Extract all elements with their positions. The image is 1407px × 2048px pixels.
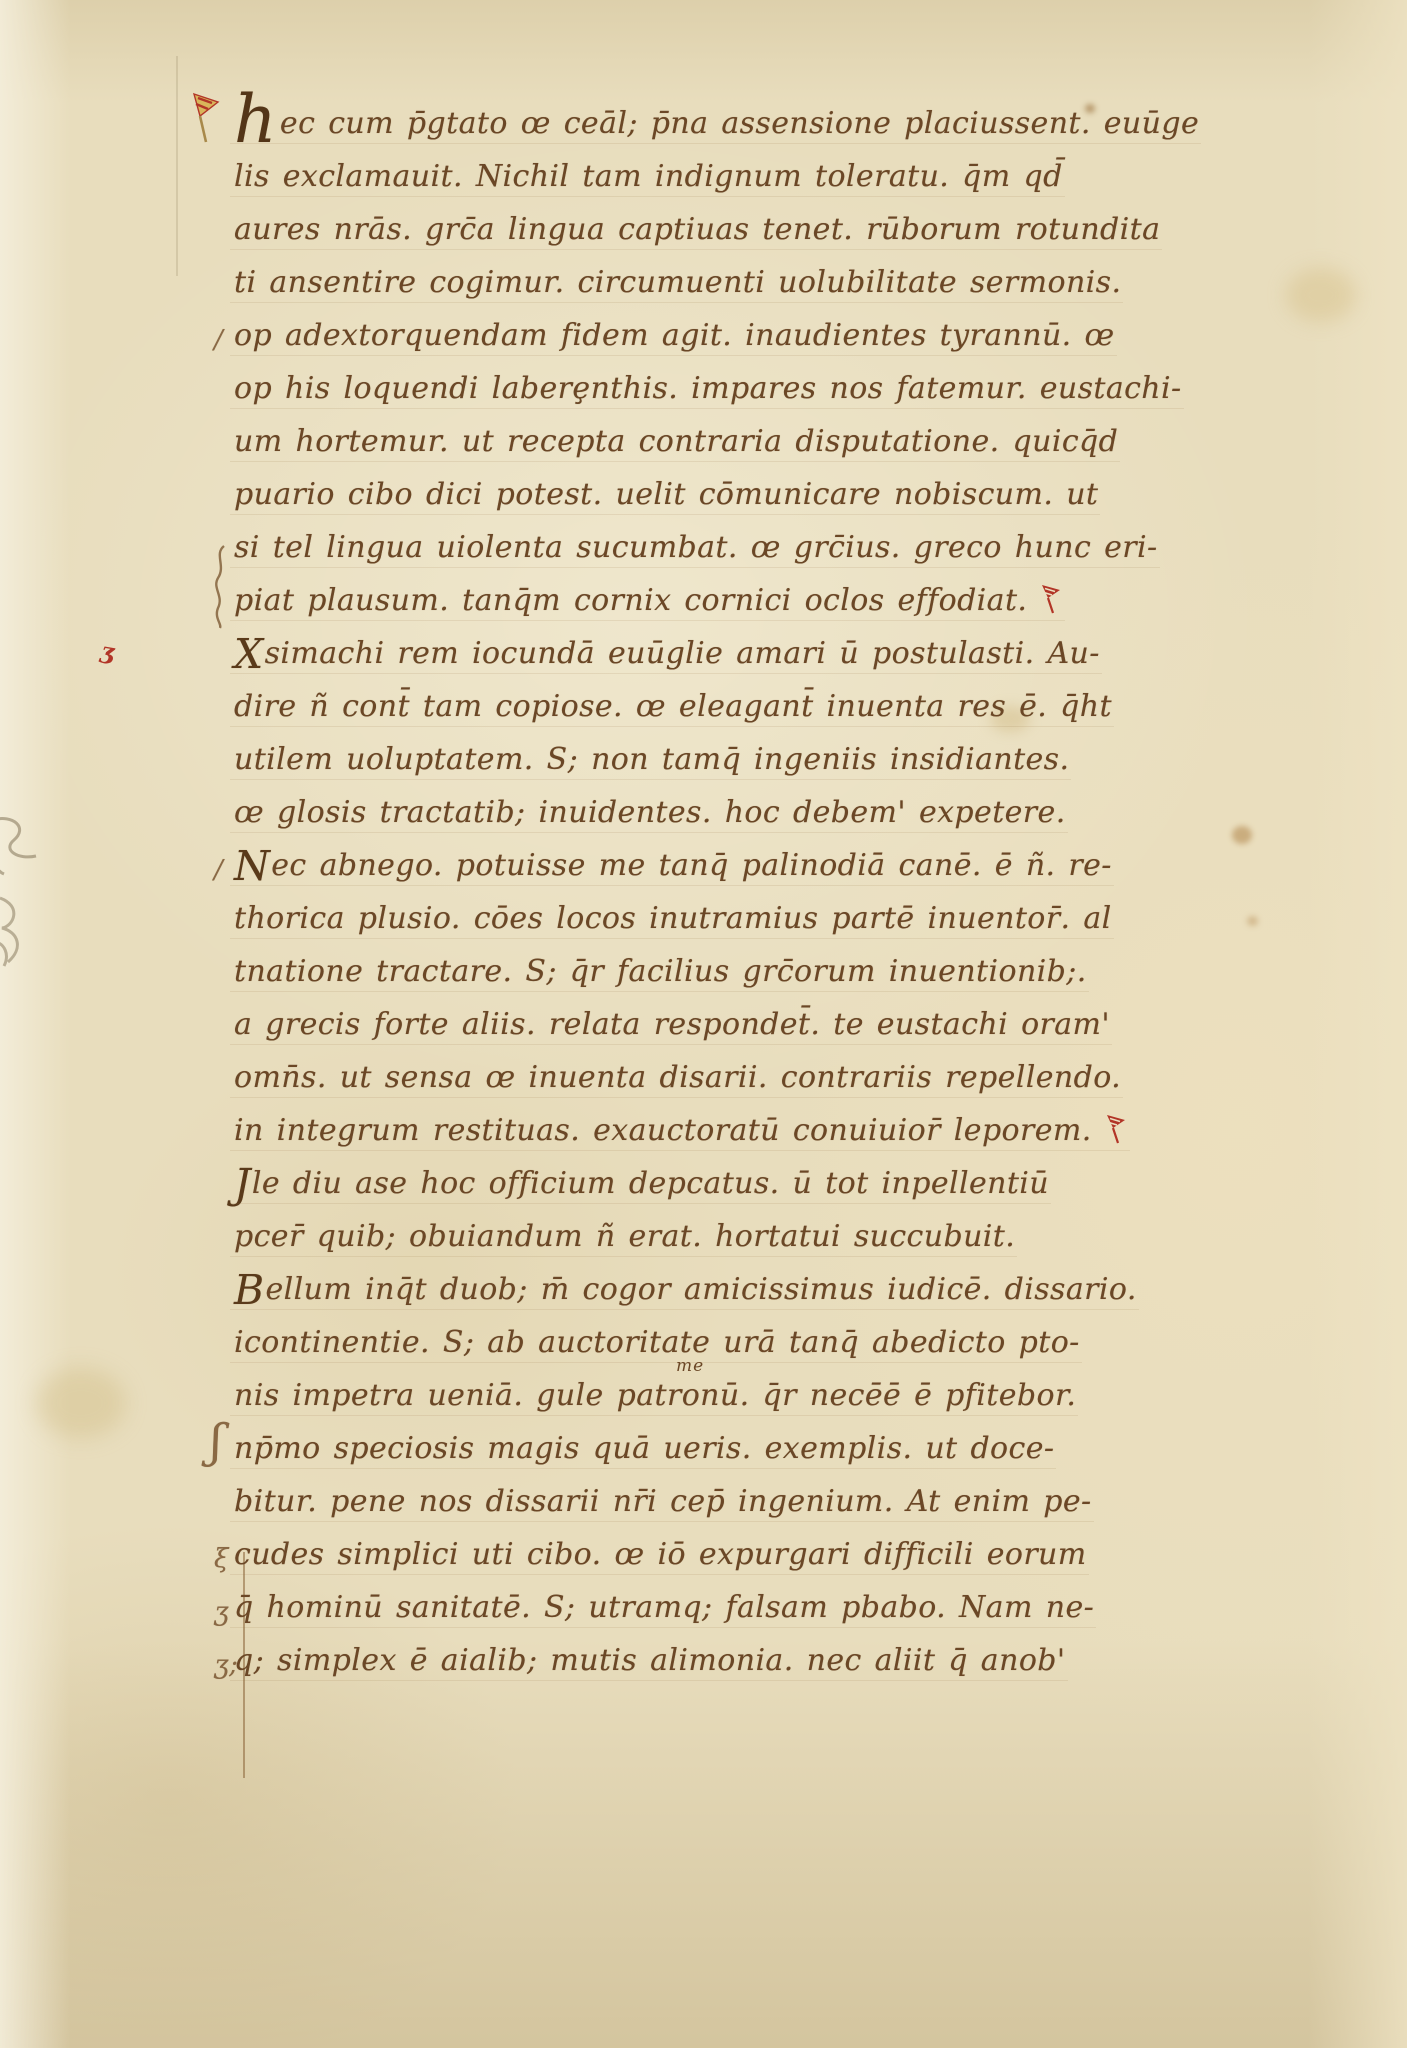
text-line: Bellum inq̄t duob; m̄ cogor amicissimus … [234, 1270, 1137, 1323]
line-text: icontinentie. S; ab auctoritate urā tanq… [234, 1325, 1080, 1360]
text-line: op his loquendi laberȩnthis. impares nos… [234, 369, 1182, 422]
line-text: tnatione tractare. S; q̄r facilius grc̄o… [234, 954, 1087, 989]
enlarged-initial: X [234, 630, 264, 678]
line-text: ti ansentire cogimur. circumuenti uolubi… [234, 265, 1121, 300]
decorated-initial: h [234, 81, 277, 158]
text-line: ξcudes simplici uti cibo. œ iō expurgari… [234, 1535, 1087, 1588]
text-line: nis impetra ueniā. gule patronū. q̄r nec… [234, 1376, 1076, 1429]
text-line: Jle diu ase hoc officium depcatus. ū tot… [234, 1164, 1049, 1217]
enlarged-initial: J [234, 1160, 251, 1208]
line-text: op adextorquendam fidem agit. inaudiente… [234, 318, 1115, 353]
text-line: puario cibo dici potest. uelit cōmunicar… [234, 475, 1098, 528]
line-text: ec abnego. potuisse me tanq̄ palinodiā c… [271, 848, 1112, 883]
text-line: hec cum p̄gtato œ ceāl; p̄na assensione … [234, 104, 1199, 157]
line-text: pcer̄ quib; obuiandum ñ erat. hortatui s… [234, 1219, 1015, 1254]
margin-mark: ʒ; [214, 1645, 238, 1685]
ruling-line-top [176, 56, 178, 276]
text-line: pcer̄ quib; obuiandum ñ erat. hortatui s… [234, 1217, 1015, 1270]
line-text: um hortemur. ut recepta contraria disput… [234, 424, 1118, 459]
text-line: ti ansentire cogimur. circumuenti uolubi… [234, 263, 1121, 316]
line-text: aures nrās. grc̄a lingua captiuas tenet.… [234, 212, 1160, 247]
text-line: um hortemur. ut recepta contraria disput… [234, 422, 1118, 475]
text-line: aures nrās. grc̄a lingua captiuas tenet.… [234, 210, 1160, 263]
line-text: utilem uoluptatem. S; non tamq̄ ingeniis… [234, 742, 1069, 777]
line-text: thorica plusio. cōes locos inutramius pa… [234, 901, 1112, 936]
line-text: simachi rem iocundā euūglie amari ū post… [265, 636, 1100, 671]
line-text: bitur. pene nos dissarii nr̄i cep̄ ingen… [234, 1484, 1092, 1519]
margin-mark-red: ʒ [99, 637, 117, 666]
text-line: /op adextorquendam fidem agit. inaudient… [234, 316, 1115, 369]
line-text: puario cibo dici potest. uelit cōmunicar… [234, 477, 1098, 512]
manuscript-page: ʒ me hec cum p̄gtato œ ceāl; p̄na assens… [0, 0, 1407, 2048]
line-text: dire ñ cont̄ tam copiose. œ eleagant̄ in… [234, 689, 1112, 724]
paragraph-mark-icon [1039, 583, 1063, 626]
line-text: piat plausum. tanq̄m cornix cornici oclo… [234, 583, 1027, 618]
text-line: a grecis forte aliis. relata respondet̄.… [234, 1005, 1110, 1058]
enlarged-initial: B [234, 1266, 265, 1314]
line-text: œ glosis tractatib; inuidentes. hoc debe… [234, 795, 1066, 830]
parchment-stain [36, 1368, 126, 1438]
edge-scribble-icon [0, 812, 54, 886]
line-text: q; simplex ē aialib; mutis alimonia. nec… [234, 1643, 1066, 1678]
line-text: omn̄s. ut sensa œ inuenta disarii. contr… [234, 1060, 1121, 1095]
text-line: omn̄s. ut sensa œ inuenta disarii. contr… [234, 1058, 1121, 1111]
text-line: si tel lingua uiolenta sucumbat. œ grc̄i… [234, 528, 1158, 581]
line-text: op his loquendi laberȩnthis. impares nos… [234, 371, 1182, 406]
text-line: dire ñ cont̄ tam copiose. œ eleagant̄ in… [234, 687, 1112, 740]
line-text: q̄ hominū sanitatē. S; utramq; falsam pb… [234, 1590, 1094, 1625]
line-text: cudes simplici uti cibo. œ iō expurgari … [234, 1537, 1087, 1572]
line-text: ellum inq̄t duob; m̄ cogor amicissimus i… [266, 1272, 1137, 1307]
text-line: ʃnp̄mo speciosis magis quā ueris. exempl… [234, 1429, 1054, 1482]
line-text: ec cum p̄gtato œ ceāl; p̄na assensione p… [280, 106, 1199, 141]
text-line: ʒq̄ hominū sanitatē. S; utramq; falsam p… [234, 1588, 1094, 1641]
line-text: in integrum restituas. exauctoratū conui… [234, 1113, 1092, 1148]
paragraph-mark-icon [1104, 1113, 1128, 1156]
margin-mark: ʒ [214, 1592, 229, 1632]
text-line: piat plausum. tanq̄m cornix cornici oclo… [234, 581, 1063, 634]
text-line: thorica plusio. cōes locos inutramius pa… [234, 899, 1112, 952]
foxing-spot [1232, 826, 1252, 844]
line-text: nis impetra ueniā. gule patronū. q̄r nec… [234, 1378, 1076, 1413]
text-line: in integrum restituas. exauctoratū conui… [234, 1111, 1128, 1164]
line-text: si tel lingua uiolenta sucumbat. œ grc̄i… [234, 530, 1158, 565]
text-line: /Nec abnego. potuisse me tanq̄ palinodiā… [234, 846, 1112, 899]
text-line: œ glosis tractatib; inuidentes. hoc debe… [234, 793, 1066, 846]
text-line: tnatione tractare. S; q̄r facilius grc̄o… [234, 952, 1087, 1005]
edge-scribble-icon [0, 892, 54, 976]
parchment-stain [1286, 268, 1356, 322]
margin-brace-icon [210, 544, 230, 634]
foxing-spot [1247, 916, 1258, 926]
text-line: lis exclamauit. Nichil tam indignum tole… [234, 157, 1063, 210]
line-text: a grecis forte aliis. relata respondet̄.… [234, 1007, 1110, 1042]
text-line: utilem uoluptatem. S; non tamq̄ ingeniis… [234, 740, 1069, 793]
text-line: icontinentie. S; ab auctoritate urā tanq… [234, 1323, 1080, 1376]
line-text: lis exclamauit. Nichil tam indignum tole… [234, 159, 1063, 194]
rubric-flourish-icon [188, 90, 222, 157]
margin-mark: / [214, 850, 223, 890]
margin-mark: ʃ [210, 1421, 223, 1461]
text-line: ʒ;q; simplex ē aialib; mutis alimonia. n… [234, 1641, 1066, 1694]
margin-mark: ξ [214, 1539, 229, 1579]
margin-mark: / [214, 320, 223, 360]
text-line: bitur. pene nos dissarii nr̄i cep̄ ingen… [234, 1482, 1092, 1535]
enlarged-initial: N [234, 842, 270, 890]
line-text: np̄mo speciosis magis quā ueris. exempli… [234, 1431, 1054, 1466]
text-line: Xsimachi rem iocundā euūglie amari ū pos… [234, 634, 1100, 687]
line-text: le diu ase hoc officium depcatus. ū tot … [252, 1166, 1049, 1201]
